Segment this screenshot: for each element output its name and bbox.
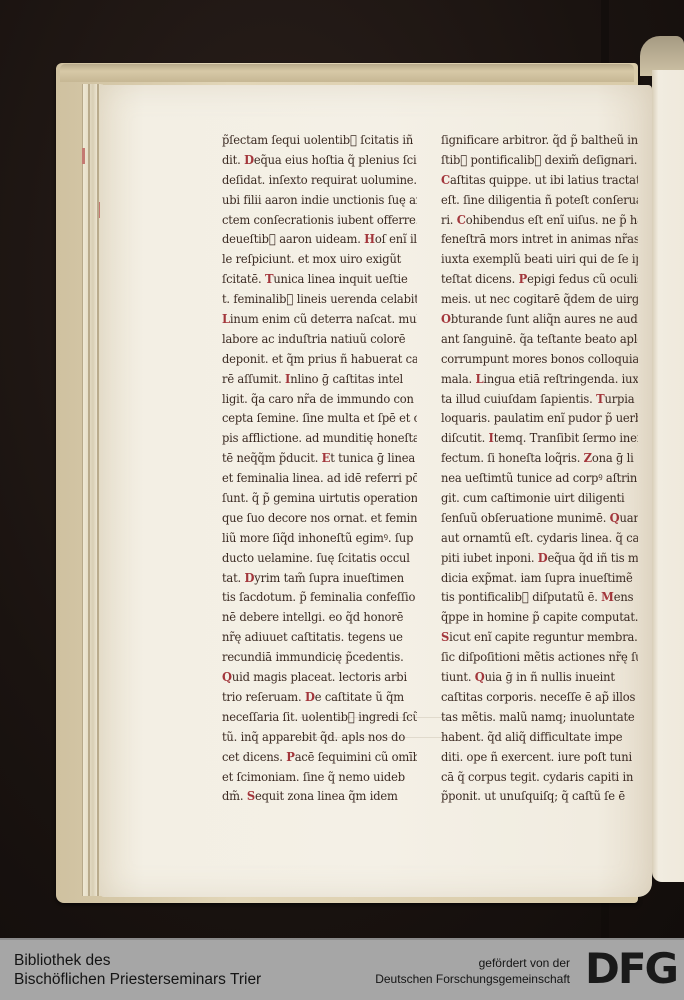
rubricated-initial: T <box>596 391 604 406</box>
manuscript-line: liũ more ſiq̃d inhoneſtũ egimꝰ. ſup <box>222 528 417 548</box>
manuscript-line: ubi filii aaron indie unctionis ſuę an <box>222 190 417 210</box>
manuscript-line: teſtat dicens. Pepigi fedus cũ oculis <box>441 269 638 289</box>
manuscript-line: tas mẽtis. malũ namq; inuoluntate <box>441 707 638 727</box>
rubricated-initial: S <box>247 788 255 803</box>
rubricated-initial: S <box>441 629 449 644</box>
funder-line-1: gefördert von der <box>479 956 570 970</box>
manuscript-line: et ſcimoniam. ſine q̃ nemo uideb <box>222 767 417 787</box>
manuscript-line: tũ. inq̃ apparebit q̃d. apls nos do <box>222 727 417 747</box>
rubricated-initial: Q <box>610 510 620 525</box>
manuscript-line: diti. ope ñ exercent. iure poſt tuni <box>441 747 638 767</box>
manuscript-line: ſcitatē. Tunica linea inquit ueſtie <box>222 269 417 289</box>
rubricated-initial: I <box>489 430 494 445</box>
rubricated-initial: C <box>441 172 450 187</box>
manuscript-line: ri. Cohibendus eſt enĩ uiſus. ne p̃ hanc <box>441 210 638 230</box>
rubricated-initial: P <box>519 271 527 286</box>
funder-line-2: Deutschen Forschungsgemeinschaft <box>375 972 570 986</box>
manuscript-line: Caſtitas quippe. ut ibi latius tractatũ <box>441 170 638 190</box>
dfg-logo: DFG <box>585 950 677 988</box>
rubricated-initial: O <box>441 311 451 326</box>
manuscript-line: deponit. et q̃m prius ñ habuerat cando <box>222 349 417 369</box>
manuscript-line: ſenſuũ obſeruatione munimē. Quartũ <box>441 508 638 528</box>
library-name: Bibliothek des Bischöflichen Priestersem… <box>14 951 261 989</box>
manuscript-line: cet dicens. Pacē ſequimini cũ omīb᷑ <box>222 747 417 767</box>
manuscript-line: tē neq̃q̃m p̃ducit. Et tunica ḡ linea <box>222 448 417 468</box>
manuscript-line: que ſuo decore nos ornat. et femina <box>222 508 417 528</box>
manuscript-line: dm̃. Sequit zona linea q̃m idem <box>222 786 417 806</box>
manuscript-line: rē aſſumit. Inlino ḡ caſtitas intel <box>222 369 417 389</box>
manuscript-line: ſunt. q̃ p̃ gemina uirtutis operationē. <box>222 488 417 508</box>
manuscript-line: trio reſeruam. De caſtitate ũ q̃m <box>222 687 417 707</box>
manuscript-line: ctem conſecrationis iubent offerre. S; <box>222 210 417 230</box>
manuscript-line: deueſtib᷑ aaron uideam. Hoſ enĩ il <box>222 229 417 249</box>
manuscript-line: mala. Lingua etiā reſtringenda. iux <box>441 369 638 389</box>
manuscript-line: iuxta exemplũ beati uiri qui de ſe ipō <box>441 249 638 269</box>
manuscript-line: ligit. q̃a caro nr̃a de immundo con <box>222 389 417 409</box>
manuscript-line: p̃ponit. ut unuſquiſq; q̃ caſtũ ſe ē <box>441 786 638 806</box>
manuscript-line: labore ac induſtria natiuũ colorē <box>222 329 417 349</box>
manuscript-line: caſtitas corporis. neceſſe ē ap̃ illos i… <box>441 687 638 707</box>
library-name-line-1: Bibliothek des <box>14 952 111 969</box>
manuscript-line: deſidat. inſexto requirat uolumine. <box>222 170 417 190</box>
manuscript-line: recundiā immundicię p̃cedentis. <box>222 647 417 667</box>
manuscript-line: ducto uelamine. ſuę ſcitatis occul <box>222 548 417 568</box>
text-column-left: p̃ſectam ſequi uolentib᷑ ſcitatis iñ oſt… <box>222 130 434 806</box>
manuscript-line: le reſpiciunt. et mox uiro exigũt <box>222 249 417 269</box>
manuscript-line: dicia exp̃mat. iam ſupra inueſtimẽ <box>441 568 638 588</box>
text-column-right: ſignificare arbitror. q̃d p̃ baltheũ inu… <box>441 130 655 806</box>
manuscript-line: piti iubet inponi. Deq̃ua q̃d iñ tis mũ <box>441 548 638 568</box>
manuscript-line: ant ſanguinē. q̃a teſtante beato aplo. <box>441 329 638 349</box>
margin-tab-marker <box>82 148 85 164</box>
rubricated-initial: L <box>222 311 230 326</box>
rubricated-initial: T <box>265 271 273 286</box>
manuscript-line: Quid magis placeat. lectoris arbi <box>222 667 417 687</box>
dfg-logo-text: DFG <box>585 950 677 988</box>
manuscript-line: loquaris. paulatim enĩ pudor p̃ uerba <box>441 408 638 428</box>
manuscript-line: aut ornamtũ eſt. cydaris linea. q̃ ca <box>441 528 638 548</box>
rubricated-initial: H <box>364 231 375 246</box>
manuscript-line: tis pontificalib᷑ diſputatũ ē. Mens <box>441 587 638 607</box>
page-edge-line <box>88 84 90 896</box>
manuscript-line: neceſſaria ſit. uolentib᷑ ingredi ſcũ <box>222 707 417 727</box>
facing-page-edge <box>652 70 684 882</box>
rubricated-initial: L <box>476 371 484 386</box>
book-cover-top-edge <box>60 64 634 82</box>
manuscript-line: et feminalia linea. ad idē referri pō <box>222 468 417 488</box>
manuscript-line: Linum enim cũ deterra naſcat. multo <box>222 309 417 329</box>
rubricated-initial: D <box>538 550 548 565</box>
manuscript-line: nea ueſtimtũ tunice ad corpꝰ aſtrin <box>441 468 638 488</box>
manuscript-line: Sicut enĩ capite reguntur membra. <box>441 627 638 647</box>
rubricated-initial: D <box>244 152 254 167</box>
manuscript-line: pis afflictione. ad munditię honeſta <box>222 428 417 448</box>
manuscript-line: corrumpunt mores bonos colloquia <box>441 349 638 369</box>
manuscript-line: feneſtrā mors intret in animas nr̃as. <box>441 229 638 249</box>
manuscript-line: cā q̃ corpus tegit. cydaris capiti in <box>441 767 638 787</box>
manuscript-line: tis ſacdotum. p̃ feminalia confeſſio <box>222 587 417 607</box>
manuscript-line: ta illud cuiuſdam ſapientis. Turpia ne <box>441 389 638 409</box>
rubricated-initial: E <box>322 450 331 465</box>
manuscript-line: fectum. ſi honeſta loq̃ris. Zona ḡ li <box>441 448 638 468</box>
library-name-line-2: Bischöflichen Priesterseminars Trier <box>14 971 261 988</box>
rubricated-initial: I <box>285 371 290 386</box>
manuscript-line: cepta ſemine. ſine multa et ſpē et cor <box>222 408 417 428</box>
manuscript-line: p̃ſectam ſequi uolentib᷑ ſcitatis iñ oſt… <box>222 130 417 150</box>
manuscript-line: ſignificare arbitror. q̃d p̃ baltheũ inu… <box>441 130 638 150</box>
rubricated-initial: D <box>244 570 254 585</box>
footer-banner: Bibliothek des Bischöflichen Priestersem… <box>0 938 684 1000</box>
rubricated-initial: P <box>286 749 294 764</box>
rubricated-initial: C <box>457 212 466 227</box>
manuscript-line: meis. ut nec cogitarē q̃dem de uirgine. <box>441 289 638 309</box>
manuscript-line: habent. q̃d aliq̃ difficultate impe <box>441 727 638 747</box>
manuscript-line: eſt. ſine diligentia ñ poteſt conſerua <box>441 190 638 210</box>
manuscript-line: diſcutit. Itemq. Tranſibit ſermo inef <box>441 428 638 448</box>
manuscript-line: git. cum caſtimonie uirt diligenti <box>441 488 638 508</box>
manuscript-line: q̃ppe in homine p̃ capite computat. <box>441 607 638 627</box>
manuscript-line: nē debere intellgi. eo q̃d honorē <box>222 607 417 627</box>
rubricated-initial: M <box>601 589 614 604</box>
manuscript-line: ſtib᷑ pontificalib᷑ dexim̃ deſignari. <box>441 150 638 170</box>
manuscript-line: ſic diſpoſitioni mẽtis actiones nr̃ę ſub <box>441 647 638 667</box>
manuscript-line: t. feminalib᷑ lineis uerenda celabit. <box>222 289 417 309</box>
manuscript-line: Obturande ſunt aliq̃n aures ne audi <box>441 309 638 329</box>
manuscript-line: tiunt. Quia ḡ in ñ nullis inueint <box>441 667 638 687</box>
rubricated-initial: Z <box>584 450 592 465</box>
manuscript-line: dit. Deq̃ua eius hoſtia q̃ plenius ſcire <box>222 150 417 170</box>
manuscript-line: tat. Dyrim tam̃ ſupra inueſtimen <box>222 568 417 588</box>
rubricated-initial: D <box>305 689 315 704</box>
manuscript-line: nr̃ę adiuuet caſtitatis. tegens ue <box>222 627 417 647</box>
rubricated-initial: Q <box>475 669 485 684</box>
rubricated-initial: Q <box>222 669 232 684</box>
